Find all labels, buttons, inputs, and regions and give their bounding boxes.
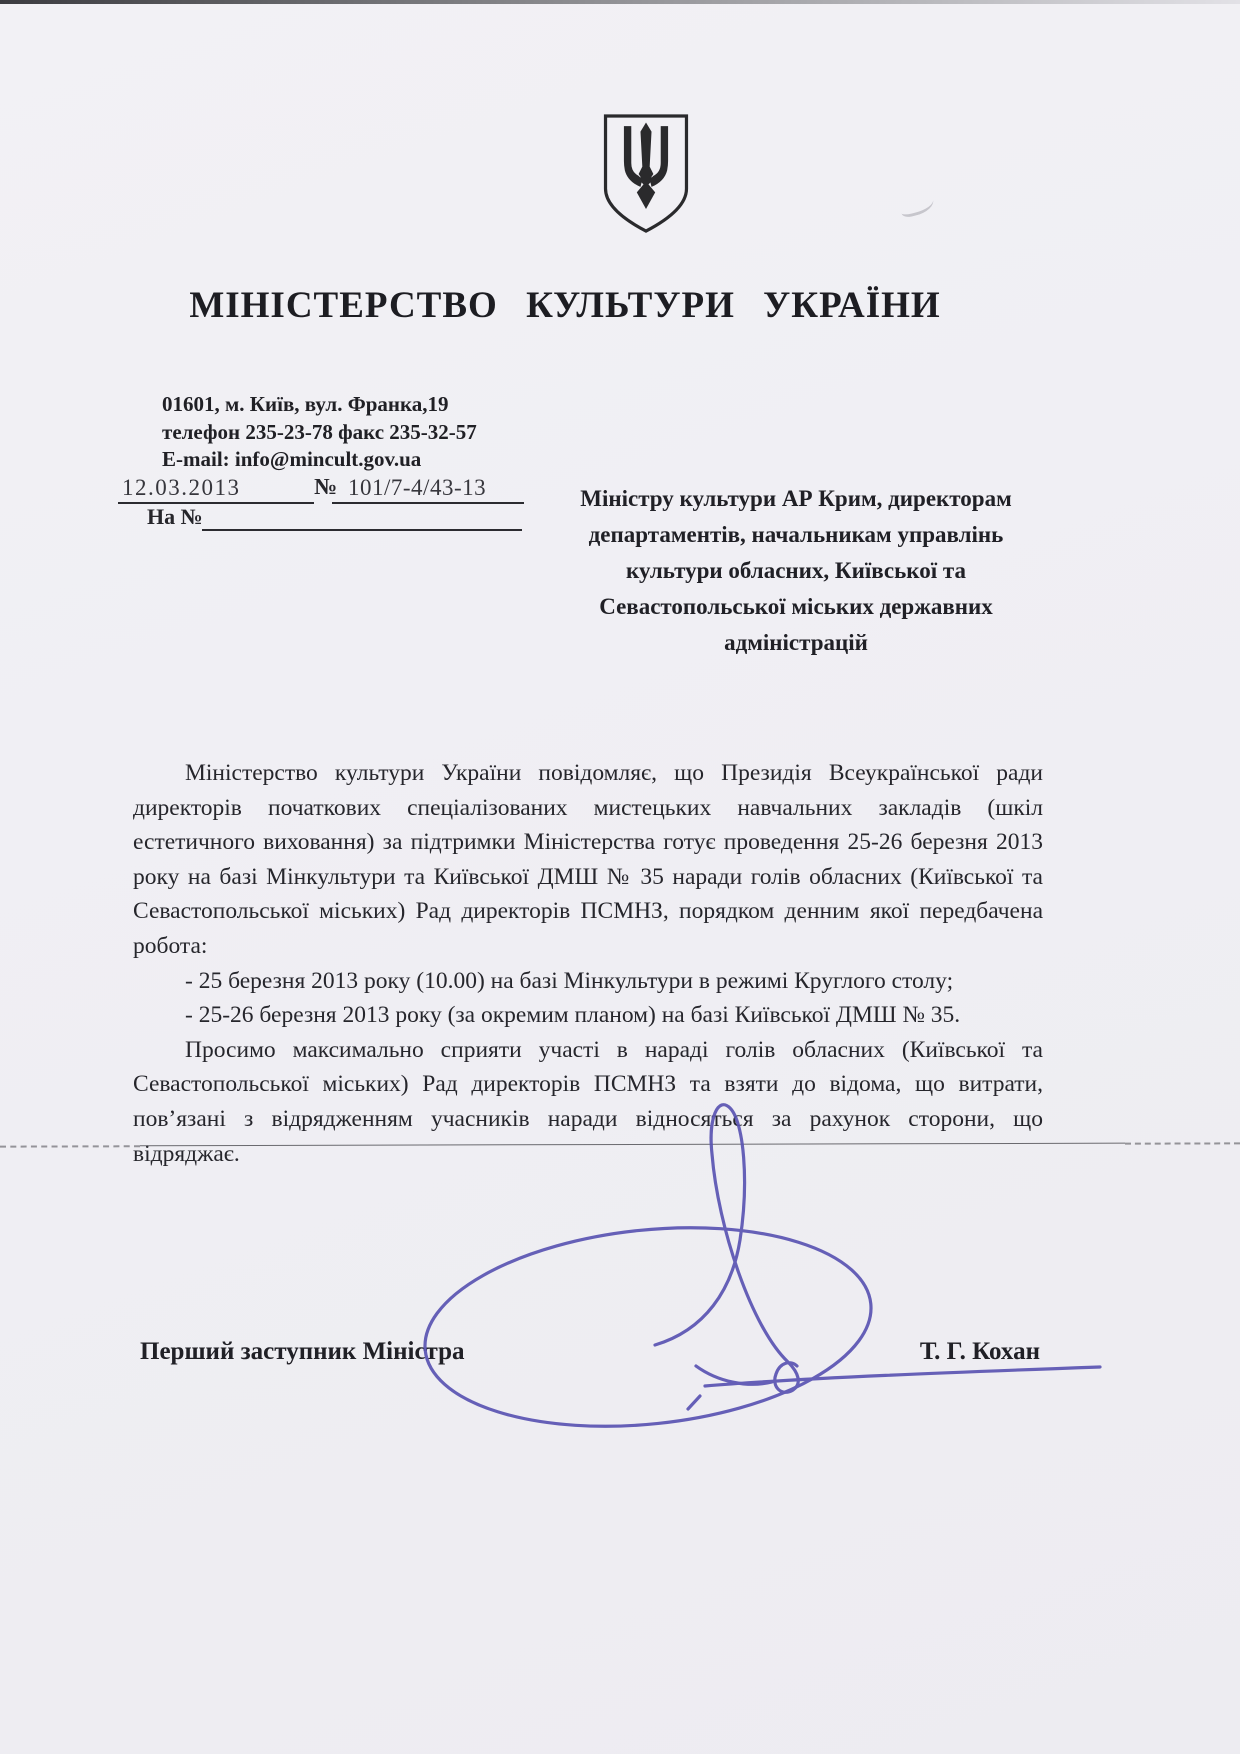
scan-edge-artifact [0,0,1240,4]
body-list-item-1: - 25 березня 2013 року (10.00) на базі М… [133,964,1043,999]
recipient-line: Севастопольської міських державних [550,589,1042,625]
body-paragraph-1: Міністерство культури України повідомляє… [133,756,1043,964]
recipient-line: адміністрацій [550,625,1042,661]
reply-to-underline [202,505,522,531]
ukraine-trident-emblem-icon [600,112,692,236]
sender-address-block: 01601, м. Київ, вул. Франка,19 телефон 2… [162,391,477,474]
ministry-title: МІНІСТЕРСТВО КУЛЬТУРИ УКРАЇНИ [15,284,1115,327]
recipient-line: Міністру культури АР Крим, директорам [550,481,1042,517]
body-list-item-2: - 25-26 березня 2013 року (за окремим пл… [133,998,1043,1033]
address-line-3: E-mail: info@mincult.gov.ua [162,446,477,474]
fold-line-dashed-right [1125,1142,1240,1144]
address-line-2: телефон 235-23-78 факс 235-32-57 [162,419,477,447]
recipient-line: департаментів, начальникам управлінь [550,517,1042,553]
scan-smudge-artifact [898,192,936,219]
handwritten-signature [400,1090,1120,1490]
recipient-line: культури обласних, Київської та [550,553,1042,589]
date-underline [118,478,314,504]
scanned-letter-page: МІНІСТЕРСТВО КУЛЬТУРИ УКРАЇНИ 01601, м. … [0,0,1240,1754]
address-line-1: 01601, м. Київ, вул. Франка,19 [162,391,477,419]
reply-to-label: На № [147,504,203,530]
number-underline [332,478,524,504]
recipient-block: Міністру культури АР Крим, директорам де… [550,481,1042,661]
fold-line-dashed-left [0,1145,140,1147]
